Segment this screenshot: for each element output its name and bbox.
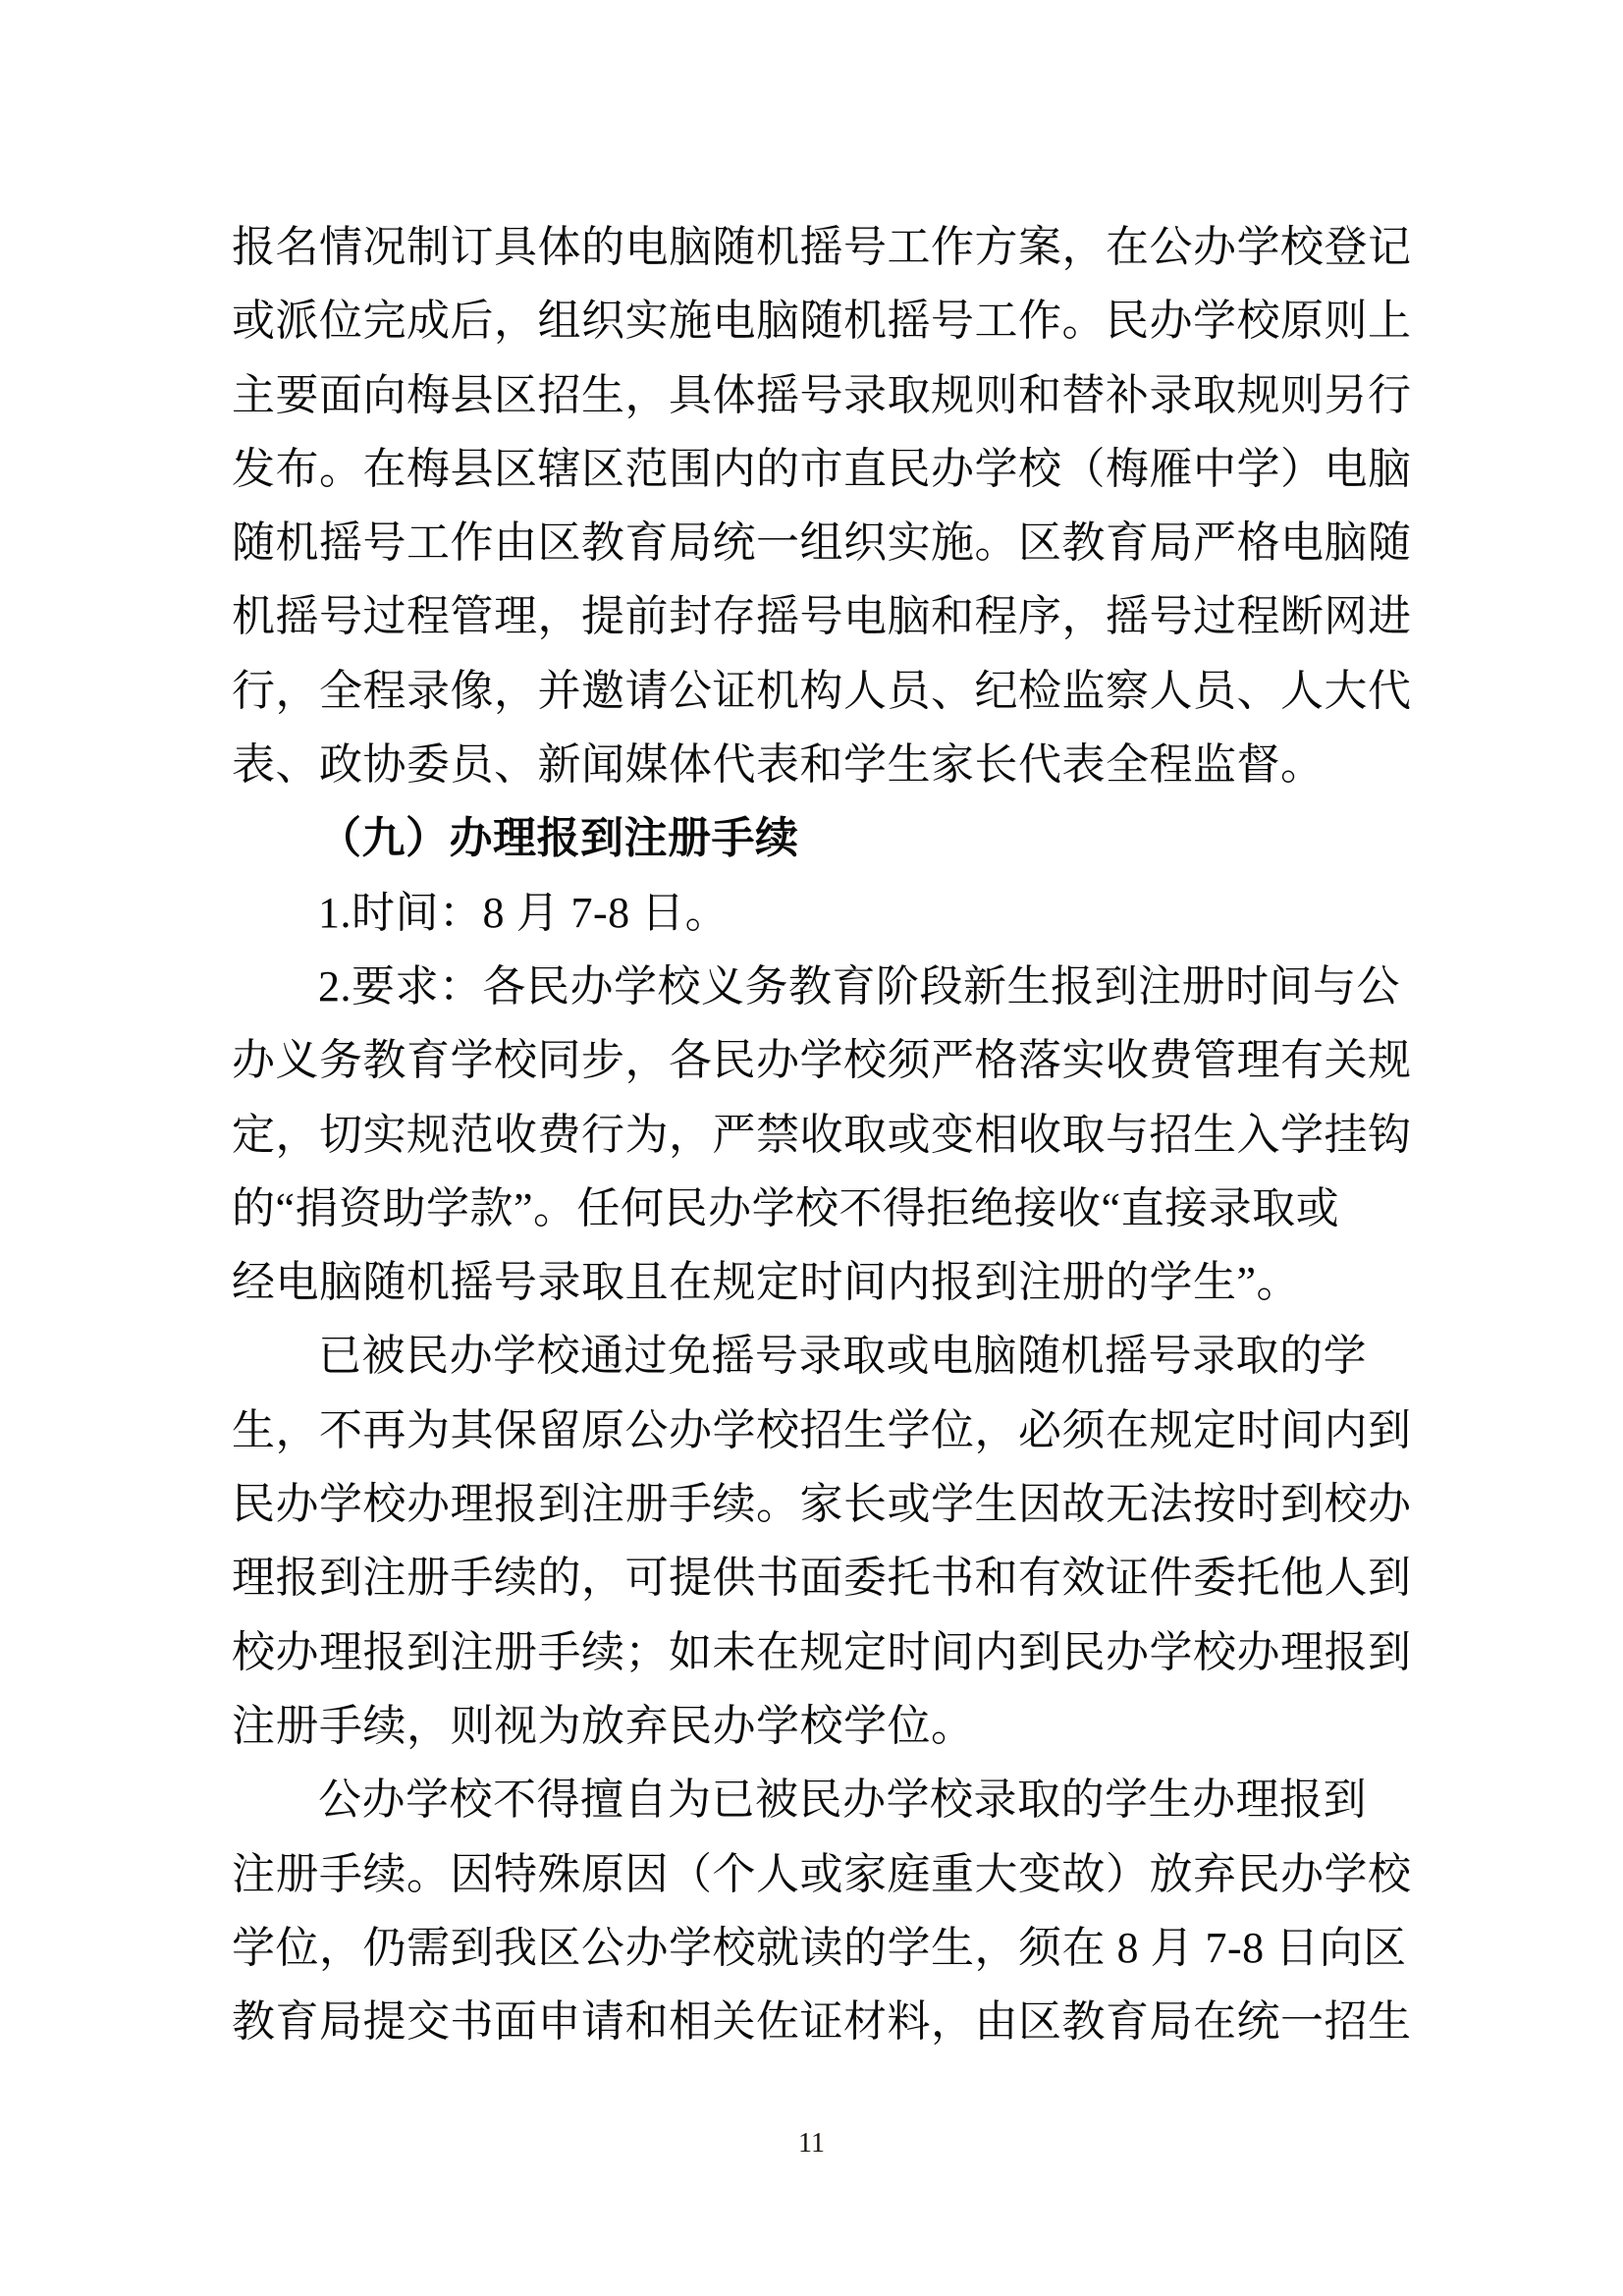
text-line: 注册手续。因特殊原因（个人或家庭重大变故）放弃民办学校 [232,1837,1400,1911]
text-line: 主要面向梅县区招生，具体摇号录取规则和替补录取规则另行 [232,358,1400,432]
document-text-block: 报名情况制订具体的电脑随机摇号工作方案，在公办学校登记或派位完成后，组织实施电脑… [232,210,1400,2058]
text-line: 经电脑随机摇号录取且在规定时间内报到注册的学生”。 [232,1245,1400,1319]
text-line: 学位，仍需到我区公办学校就读的学生，须在 8 月 7-8 日向区 [232,1911,1400,1985]
text-line: 报名情况制订具体的电脑随机摇号工作方案，在公办学校登记 [232,210,1400,284]
text-line: 的“捐资助学款”。任何民办学校不得拒绝接收“直接录取或 [232,1172,1400,1245]
text-line: 行，全程录像，并邀请公证机构人员、纪检监察人员、人大代 [232,654,1400,728]
text-line: 表、政协委员、新闻媒体代表和学生家长代表全程监督。 [232,728,1400,801]
text-line: 已被民办学校通过免摇号录取或电脑随机摇号录取的学 [232,1319,1400,1393]
text-line: 或派位完成后，组织实施电脑随机摇号工作。民办学校原则上 [232,284,1400,357]
text-line: 1.时间：8 月 7-8 日。 [232,876,1400,950]
text-line: 教育局提交书面申请和相关佐证材料，由区教育局在统一招生 [232,1985,1400,2058]
text-line: 校办理报到注册手续；如未在规定时间内到民办学校办理报到 [232,1615,1400,1689]
section-heading: （九）办理报到注册手续 [232,801,1400,875]
text-line: 理报到注册手续的，可提供书面委托书和有效证件委托他人到 [232,1541,1400,1614]
text-line: 民办学校办理报到注册手续。家长或学生因故无法按时到校办 [232,1467,1400,1541]
text-line: 随机摇号工作由区教育局统一组织实施。区教育局严格电脑随 [232,506,1400,579]
text-line: 发布。在梅县区辖区范围内的市直民办学校（梅雁中学）电脑 [232,432,1400,506]
document-page: 报名情况制订具体的电脑随机摇号工作方案，在公办学校登记或派位完成后，组织实施电脑… [0,0,1623,2296]
text-line: 公办学校不得擅自为已被民办学校录取的学生办理报到 [232,1763,1400,1836]
text-line: 办义务教育学校同步，各民办学校须严格落实收费管理有关规 [232,1023,1400,1097]
text-line: 注册手续，则视为放弃民办学校学位。 [232,1689,1400,1763]
text-line: 生，不再为其保留原公办学校招生学位，必须在规定时间内到 [232,1394,1400,1467]
text-line: 2.要求：各民办学校义务教育阶段新生报到注册时间与公 [232,950,1400,1023]
text-line: 机摇号过程管理，提前封存摇号电脑和程序，摇号过程断网进 [232,579,1400,653]
page-number: 11 [0,2127,1623,2160]
text-line: 定，切实规范收费行为，严禁收取或变相收取与招生入学挂钩 [232,1098,1400,1172]
